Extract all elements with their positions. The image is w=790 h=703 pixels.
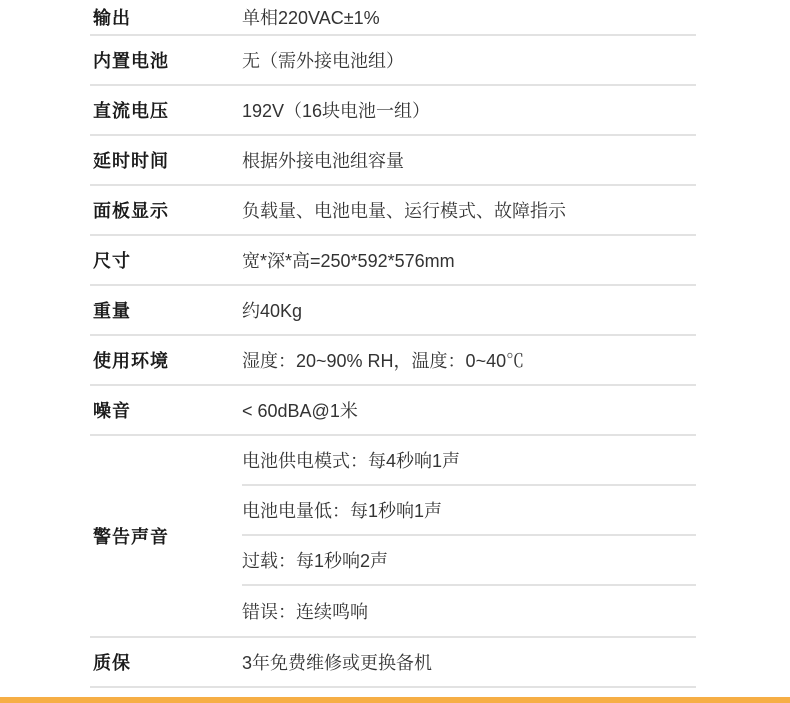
- alarm-subrow-battery-low: 电池电量低：每1秒响1声: [242, 486, 696, 536]
- alarm-subrows: 电池供电模式：每4秒响1声 电池电量低：每1秒响1声 过载：每1秒响2声 错误：…: [242, 436, 696, 636]
- spec-row-alarm-sounds: 警告声音 电池供电模式：每4秒响1声 电池电量低：每1秒响1声 过载：每1秒响2…: [90, 436, 696, 638]
- spec-value: 单相220VAC±1%: [242, 4, 696, 30]
- bottom-accent-bar: [0, 697, 790, 703]
- spec-label: 直流电压: [90, 97, 242, 123]
- spec-value: 过载：每1秒响2声: [242, 547, 696, 573]
- spec-label: 使用环境: [90, 347, 242, 373]
- spec-row-internal-battery: 内置电池 无（需外接电池组）: [90, 36, 696, 86]
- spec-row-weight: 重量 约40Kg: [90, 286, 696, 336]
- spec-label: 质保: [90, 649, 242, 675]
- spec-value: 湿度：20~90% RH，温度：0~40℃: [242, 347, 696, 373]
- spec-row-panel-display: 面板显示 负载量、电池电量、运行模式、故障指示: [90, 186, 696, 236]
- spec-row-noise: 噪音 < 60dBA@1米: [90, 386, 696, 436]
- spec-page: 输出 单相220VAC±1% 内置电池 无（需外接电池组） 直流电压 192V（…: [0, 0, 790, 703]
- spec-label: 尺寸: [90, 247, 242, 273]
- spec-table: 输出 单相220VAC±1% 内置电池 无（需外接电池组） 直流电压 192V（…: [90, 0, 696, 688]
- spec-value: 负载量、电池电量、运行模式、故障指示: [242, 197, 696, 223]
- spec-label: 警告声音: [90, 436, 242, 636]
- spec-value: 电池电量低：每1秒响1声: [242, 497, 696, 523]
- spec-label: 重量: [90, 297, 242, 323]
- spec-label: 噪音: [90, 397, 242, 423]
- spec-row-output: 输出 单相220VAC±1%: [90, 0, 696, 36]
- spec-value: 3年免费维修或更换备机: [242, 649, 696, 675]
- alarm-subrow-error: 错误：连续鸣响: [242, 586, 696, 636]
- spec-label: 延时时间: [90, 147, 242, 173]
- spec-row-dc-voltage: 直流电压 192V（16块电池一组）: [90, 86, 696, 136]
- spec-value: 根据外接电池组容量: [242, 147, 696, 173]
- spec-label: 输出: [90, 4, 242, 30]
- spec-row-dimensions: 尺寸 宽*深*高=250*592*576mm: [90, 236, 696, 286]
- spec-value: 约40Kg: [242, 297, 696, 323]
- spec-label: 面板显示: [90, 197, 242, 223]
- alarm-subrow-overload: 过载：每1秒响2声: [242, 536, 696, 586]
- spec-value: < 60dBA@1米: [242, 397, 696, 423]
- spec-value: 无（需外接电池组）: [242, 47, 696, 73]
- spec-value: 电池供电模式：每4秒响1声: [242, 447, 696, 473]
- alarm-subrow-battery-mode: 电池供电模式：每4秒响1声: [242, 436, 696, 486]
- spec-value: 错误：连续鸣响: [242, 598, 696, 624]
- spec-row-warranty: 质保 3年免费维修或更换备机: [90, 638, 696, 688]
- spec-value: 192V（16块电池一组）: [242, 97, 696, 123]
- spec-value: 宽*深*高=250*592*576mm: [242, 247, 696, 273]
- spec-label: 内置电池: [90, 47, 242, 73]
- spec-row-backup-time: 延时时间 根据外接电池组容量: [90, 136, 696, 186]
- spec-row-environment: 使用环境 湿度：20~90% RH，温度：0~40℃: [90, 336, 696, 386]
